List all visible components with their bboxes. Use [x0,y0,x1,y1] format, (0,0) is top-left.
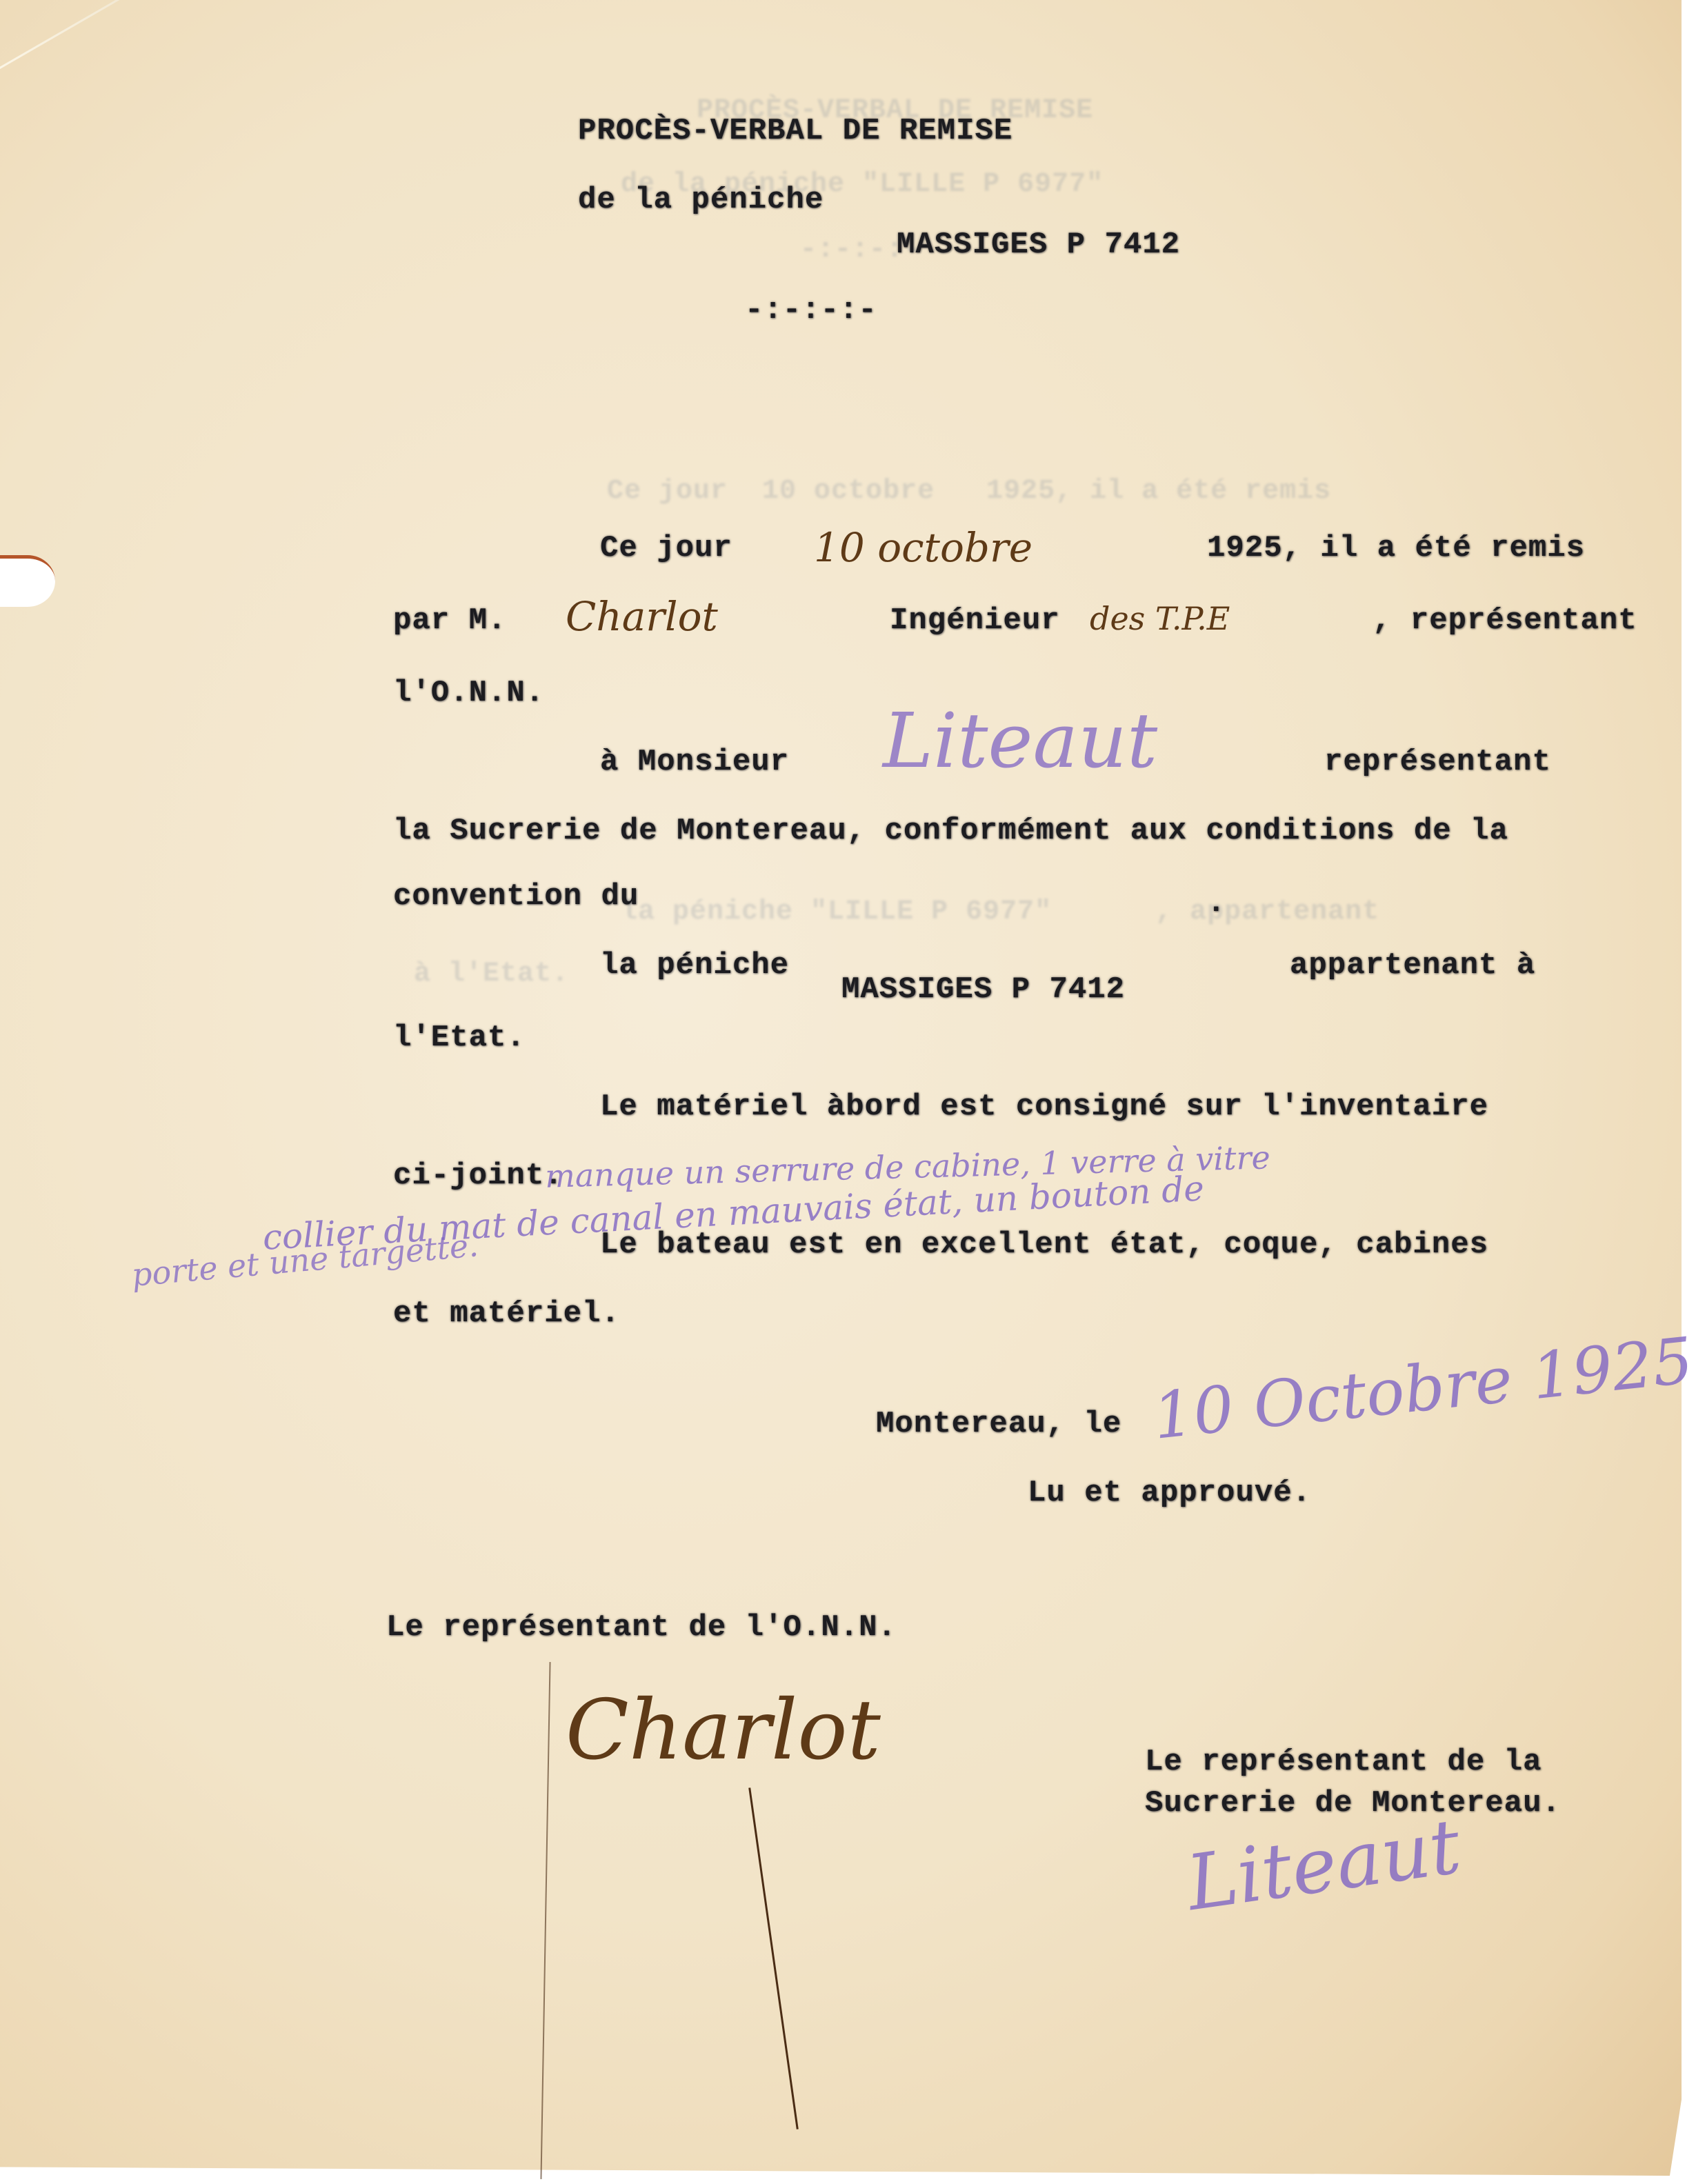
body-line9: Le matériel àbord est consigné sur l'inv… [600,1090,1488,1124]
left-signatory-label: Le représentant de l'O.N.N. [386,1610,897,1645]
handwritten-engineer-title: des T.P.E [1090,600,1230,637]
body-line4-prefix: à Monsieur [600,745,789,779]
body-line2-middle: Ingénieur [890,603,1060,638]
right-signatory-label-1: Le représentant de la [1145,1745,1542,1779]
body-line2-prefix: par M. [393,603,506,638]
separator: -:-:-:- [745,293,877,328]
body-line6: convention du [393,879,639,914]
boat-name-body: MASSIGES P 7412 [841,972,1125,1007]
body-line12: et matériel. [393,1296,620,1331]
handwritten-engineer-name: Charlot [566,593,718,640]
handwritten-recipient-name: Liteaut [883,697,1157,785]
paper-tear [0,555,55,607]
body-line4-suffix: représentant [1324,745,1551,779]
handwritten-date: 10 octobre [814,524,1032,571]
body-line5: la Sucrerie de Montereau, conformément a… [393,814,1508,848]
body-line1-prefix: Ce jour [600,531,732,565]
document-title: PROCÈS-VERBAL DE REMISE [578,114,1012,148]
ghost-line: à l'Etat. [414,959,569,990]
body-line10: ci-joint. [393,1159,563,1193]
ghost-line: Ce jour 10 octobre 1925, il a été remis [607,476,1331,507]
body-line2-suffix: , représentant [1373,603,1637,638]
body-line7-prefix: la péniche [600,948,789,983]
approval-text: Lu et approuvé. [1028,1476,1311,1510]
place-date-typed: Montereau, le [876,1407,1121,1441]
boat-name-header: MASSIGES P 7412 [897,228,1180,262]
left-signature: Charlot [566,1683,881,1779]
body-line3: l'O.N.N. [393,676,544,710]
body-line6-dot: . [1207,886,1226,921]
document-subtitle: de la péniche [578,183,824,217]
body-line1-suffix: 1925, il a été remis [1207,531,1585,565]
body-line8: l'Etat. [393,1021,526,1055]
body-line7-suffix: appartenant à [1290,948,1535,983]
ghost-line: la péniche "LILLE P 6977" , appartenant [621,896,1379,928]
body-line11: Le bateau est en excellent état, coque, … [600,1228,1488,1262]
